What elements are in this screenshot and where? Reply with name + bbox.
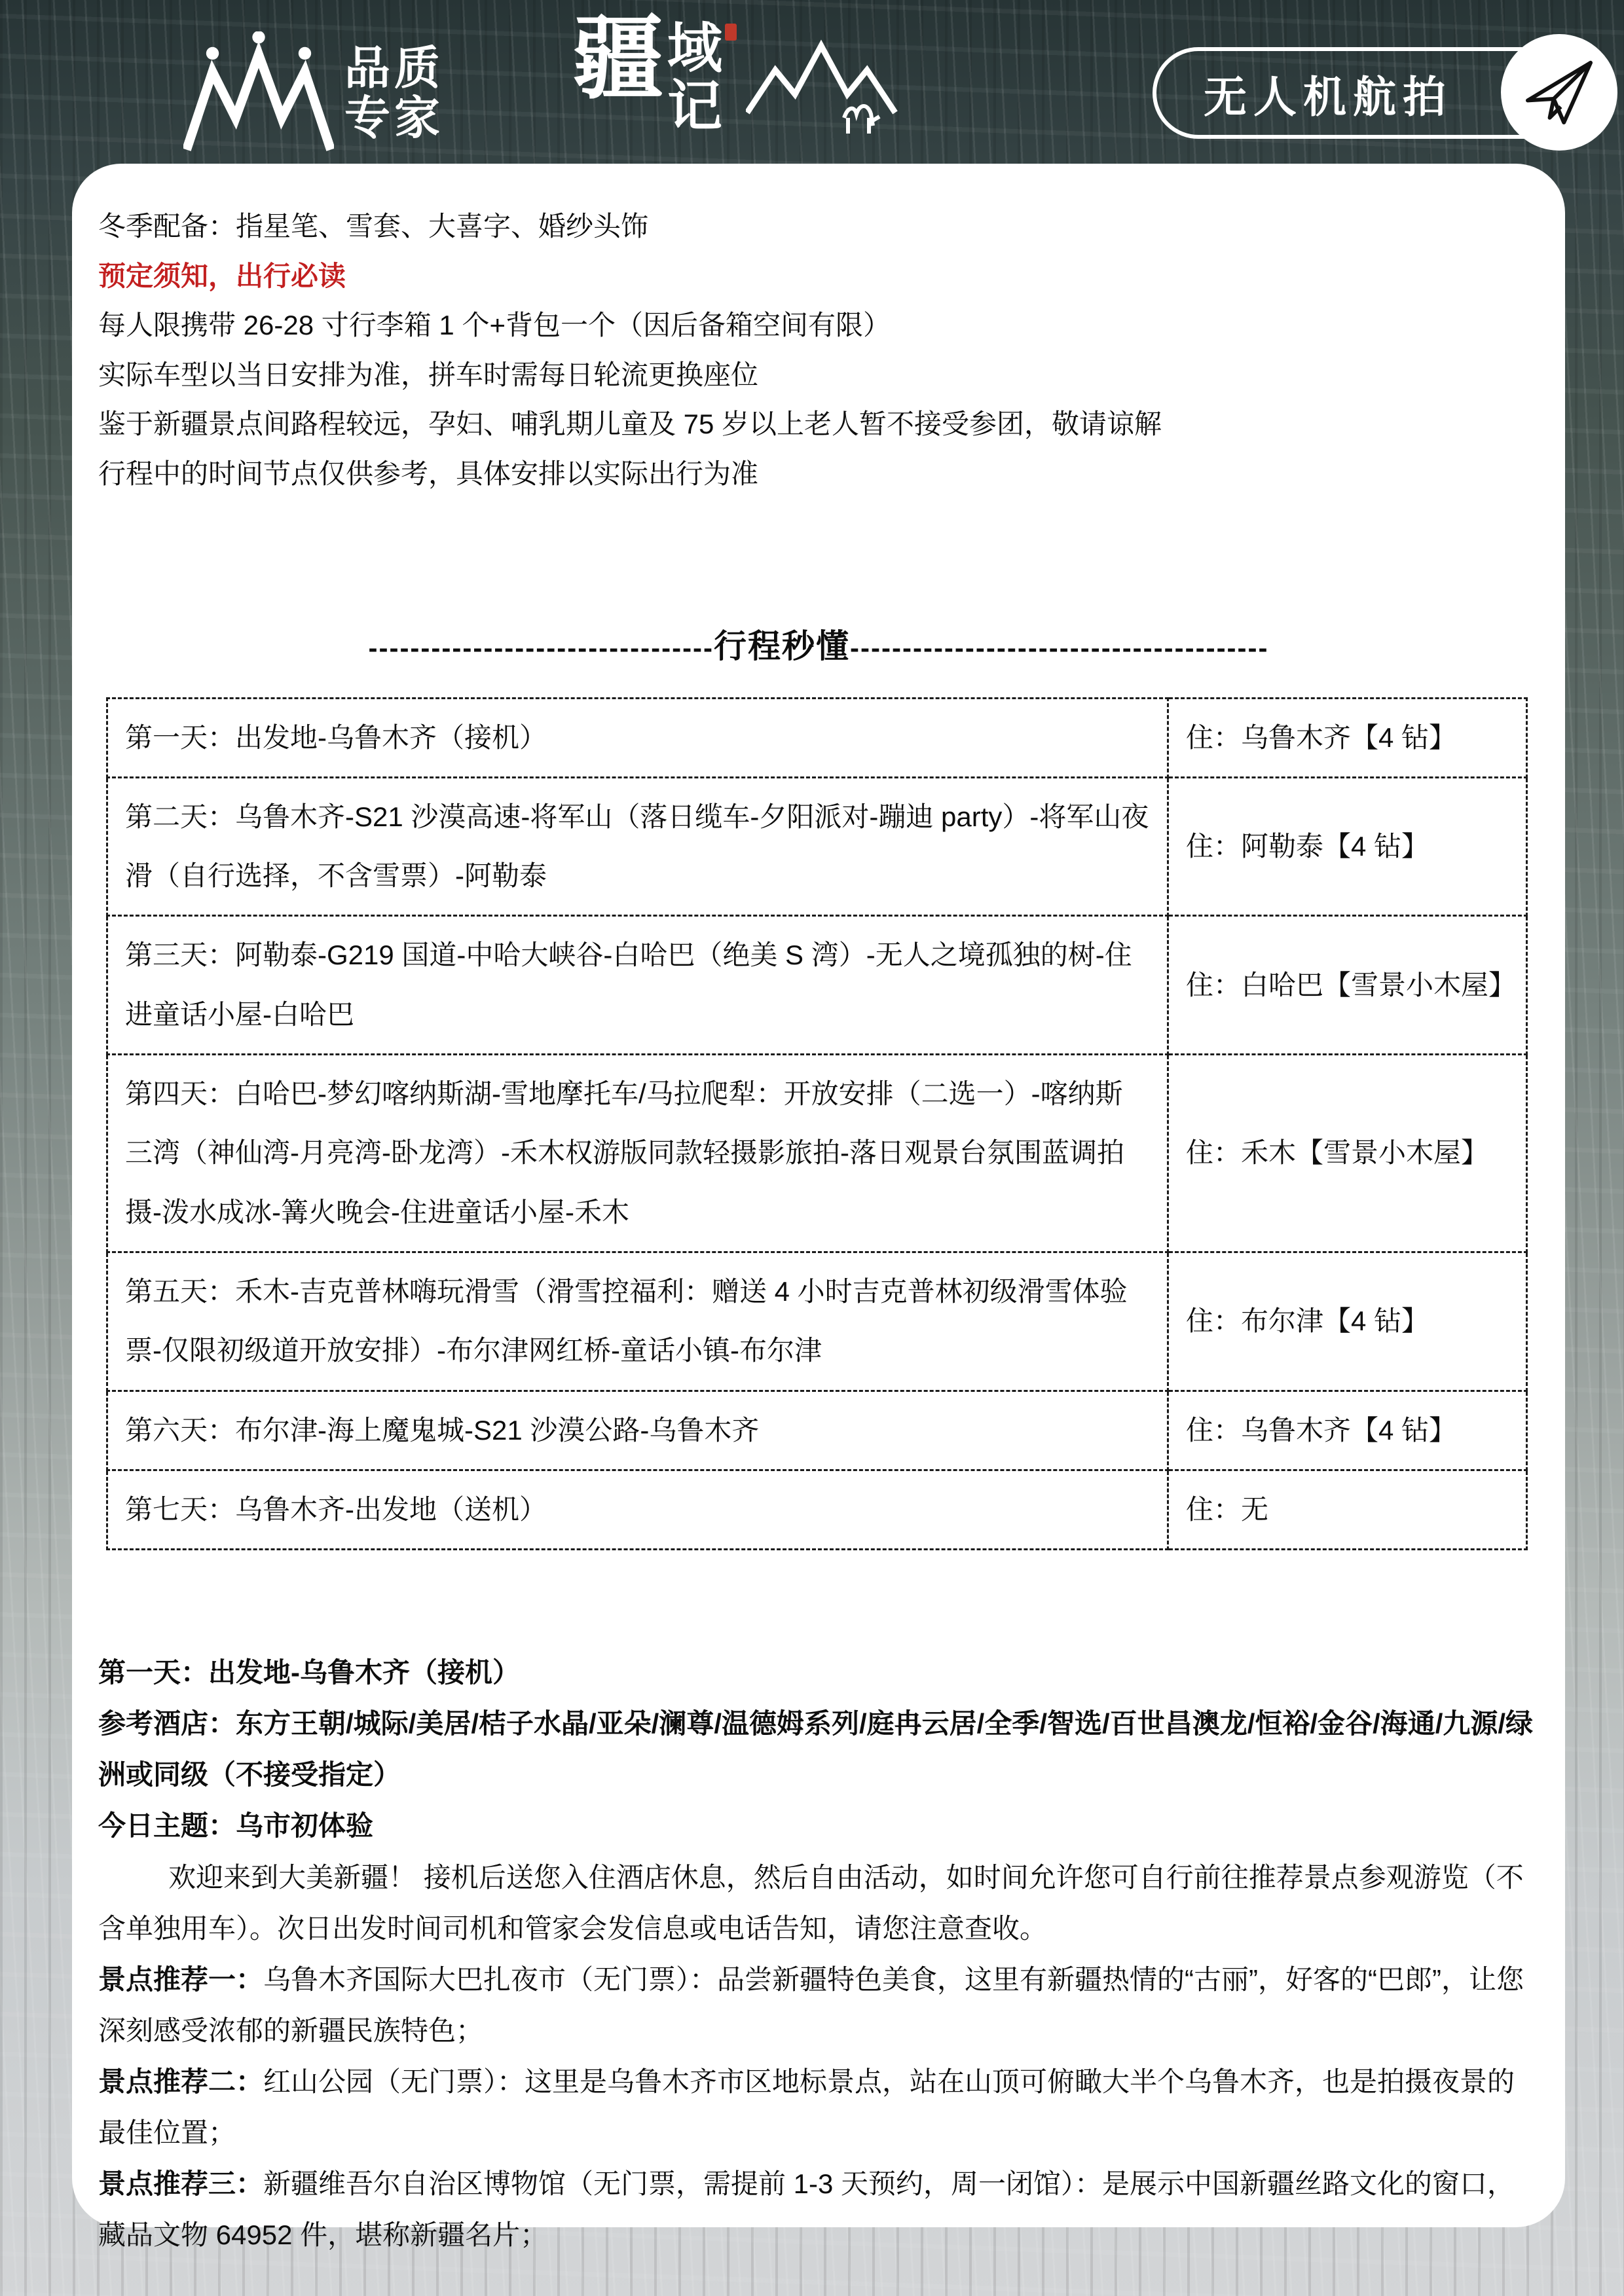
table-row: 第五天：禾木-吉克普林嗨玩滑雪（滑雪控福利：赠送 4 小时吉克普林初级滑雪体验票…	[107, 1252, 1527, 1391]
stay-cell: 住：乌鲁木齐【4 钻】	[1168, 1391, 1527, 1470]
stay-cell: 住：禾木【雪景小木屋】	[1168, 1055, 1527, 1252]
recommendation-1: 景点推荐一：乌鲁木齐国际大巴扎夜市（无门票）：品尝新疆特色美食，这里有新疆热情的…	[98, 1954, 1539, 2056]
table-row: 第三天：阿勒泰-G219 国道-中哈大峡谷-白哈巴（绝美 S 湾）-无人之境孤独…	[107, 916, 1527, 1055]
recommendation-2-text: 红山公园（无门票）：这里是乌鲁木齐市区地标景点，站在山顶可俯瞰大半个乌鲁木齐，也…	[98, 2066, 1515, 2148]
day-cell: 第一天：出发地-乌鲁木齐（接机）	[107, 698, 1168, 777]
divider-dashes-right: ----------------------------------------	[850, 632, 1268, 663]
red-seal-mark	[725, 24, 737, 41]
booking-notes: 冬季配备：指星笔、雪套、大喜字、婚纱头饰 预定须知，出行必读 每人限携带 26-…	[98, 202, 1539, 499]
page-background: 品质 专家 疆 域 记 无人机航拍	[0, 0, 1624, 2296]
itinerary-divider: ---------------------------------行程秒懂---…	[98, 620, 1539, 667]
day1-title: 第一天：出发地-乌鲁木齐（接机）	[98, 1647, 1539, 1698]
itinerary-table: 第一天：出发地-乌鲁木齐（接机） 住：乌鲁木齐【4 钻】 第二天：乌鲁木齐-S2…	[106, 697, 1528, 1551]
logo-brand-sub-char1: 域	[667, 21, 722, 79]
day-cell: 第七天：乌鲁木齐-出发地（送机）	[107, 1470, 1168, 1549]
table-row: 第二天：乌鲁木齐-S21 沙漠高速-将军山（落日缆车-夕阳派对-蹦迪 party…	[107, 777, 1527, 916]
day-cell: 第二天：乌鲁木齐-S21 沙漠高速-将军山（落日缆车-夕阳派对-蹦迪 party…	[107, 777, 1168, 916]
table-row: 第七天：乌鲁木齐-出发地（送机） 住：无	[107, 1470, 1527, 1549]
day1-hotels: 参考酒店：东方王朝/城际/美居/桔子水晶/亚朵/澜尊/温德姆系列/庭冉云居/全季…	[98, 1698, 1539, 1800]
xinjiang-journal-logo: 疆 域 记	[573, 14, 910, 149]
recommendation-1-label: 景点推荐一：	[98, 1964, 263, 1995]
stay-cell: 住：白哈巴【雪景小木屋】	[1168, 916, 1527, 1055]
booking-warning-title: 预定须知，出行必读	[98, 251, 1539, 301]
recommendation-1-text: 乌鲁木齐国际大巴扎夜市（无门票）：品尝新疆特色美食，这里有新疆热情的“古丽”，好…	[98, 1964, 1524, 2046]
quality-expert-logo: 品质 专家	[183, 31, 444, 156]
day-cell: 第三天：阿勒泰-G219 国道-中哈大峡谷-白哈巴（绝美 S 湾）-无人之境孤独…	[107, 916, 1168, 1055]
recommendation-3: 景点推荐三：新疆维吾尔自治区博物馆（无门票，需提前 1-3 天预约，周一闭馆）：…	[98, 2159, 1539, 2261]
note-line: 行程中的时间节点仅供参考，具体安排以实际出行为准	[98, 449, 1539, 499]
recommendation-2: 景点推荐二：红山公园（无门票）：这里是乌鲁木齐市区地标景点，站在山顶可俯瞰大半个…	[98, 2056, 1539, 2159]
divider-title: 行程秒懂	[714, 628, 850, 665]
stay-cell: 住：阿勒泰【4 钻】	[1168, 777, 1527, 916]
paper-plane-icon	[1520, 52, 1598, 134]
recommendation-3-text: 新疆维吾尔自治区博物馆（无门票，需提前 1-3 天预约，周一闭馆）：是展示中国新…	[98, 2168, 1515, 2250]
mountain-crown-icon	[183, 31, 334, 156]
note-line: 鉴于新疆景点间路程较远，孕妇、哺乳期儿童及 75 岁以上老人暂不接受参团，敬请谅…	[98, 399, 1539, 449]
winter-equipment-line: 冬季配备：指星笔、雪套、大喜字、婚纱头饰	[98, 202, 1539, 251]
day-cell: 第六天：布尔津-海上魔鬼城-S21 沙漠公路-乌鲁木齐	[107, 1391, 1168, 1470]
stay-cell: 住：布尔津【4 钻】	[1168, 1252, 1527, 1391]
logo-brand-main-char: 疆	[573, 14, 663, 105]
day-cell: 第五天：禾木-吉克普林嗨玩滑雪（滑雪控福利：赠送 4 小时吉克普林初级滑雪体验票…	[107, 1252, 1168, 1391]
day1-theme: 今日主题：乌市初体验	[98, 1800, 1539, 1851]
paper-plane-badge-circle	[1501, 34, 1617, 151]
table-row: 第六天：布尔津-海上魔鬼城-S21 沙漠公路-乌鲁木齐 住：乌鲁木齐【4 钻】	[107, 1391, 1527, 1470]
logo-quality-line1: 品质	[344, 44, 444, 94]
stay-cell: 住：乌鲁木齐【4 钻】	[1168, 698, 1527, 777]
recommendation-2-label: 景点推荐二：	[98, 2066, 263, 2097]
day1-welcome-paragraph: 欢迎来到大美新疆！ 接机后送您入住酒店休息，然后自由活动，如时间允许您可自行前往…	[98, 1852, 1539, 1954]
mountains-camel-icon	[746, 34, 910, 149]
table-row: 第四天：白哈巴-梦幻喀纳斯湖-雪地摩托车/马拉爬犁：开放安排（二选一）-喀纳斯三…	[107, 1055, 1527, 1252]
drone-photo-badge-label: 无人机航拍	[1204, 62, 1452, 124]
divider-dashes-left: ---------------------------------	[368, 632, 714, 663]
recommendation-3-label: 景点推荐三：	[98, 2168, 263, 2199]
logo-quality-line2: 专家	[344, 94, 444, 143]
content-card: 冬季配备：指星笔、雪套、大喜字、婚纱头饰 预定须知，出行必读 每人限携带 26-…	[72, 164, 1565, 2227]
note-line: 实际车型以当日安排为准，拼车时需每日轮流更换座位	[98, 350, 1539, 400]
stay-cell: 住：无	[1168, 1470, 1527, 1549]
table-row: 第一天：出发地-乌鲁木齐（接机） 住：乌鲁木齐【4 钻】	[107, 698, 1527, 777]
day1-detail-section: 第一天：出发地-乌鲁木齐（接机） 参考酒店：东方王朝/城际/美居/桔子水晶/亚朵…	[98, 1647, 1539, 2261]
logo-brand-sub-char2: 记	[667, 79, 722, 136]
note-line: 每人限携带 26-28 寸行李箱 1 个+背包一个（因后备箱空间有限）	[98, 301, 1539, 350]
day-cell: 第四天：白哈巴-梦幻喀纳斯湖-雪地摩托车/马拉爬犁：开放安排（二选一）-喀纳斯三…	[107, 1055, 1168, 1252]
